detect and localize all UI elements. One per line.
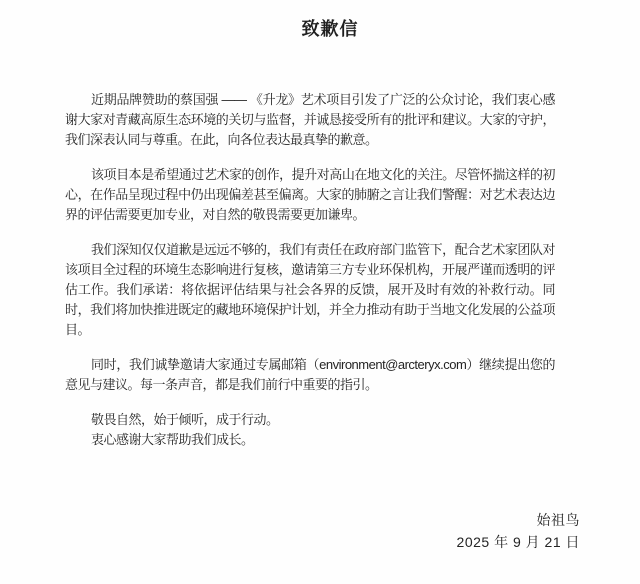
letter-body: 近期品牌赞助的蔡国强 —— 《升龙》艺术项目引发了广泛的公众讨论，我们衷心感谢大… (65, 90, 555, 450)
signature-name: 始祖鸟 (457, 509, 580, 531)
letter-title: 致歉信 (10, 16, 640, 42)
letter-paragraph-contact: 同时，我们诚挚邀请大家通过专属邮箱（environment@arcteryx.c… (65, 355, 555, 395)
letter-paragraph-opening: 近期品牌赞助的蔡国强 —— 《升龙》艺术项目引发了广泛的公众讨论，我们衷心感谢大… (65, 90, 555, 150)
letter-page: 致歉信 近期品牌赞助的蔡国强 —— 《升龙》艺术项目引发了广泛的公众讨论，我们衷… (0, 0, 640, 584)
letter-closing-line-1: 敬畏自然，始于倾听，成于行动。 (65, 410, 555, 430)
signature-date: 2025 年 9 月 21 日 (457, 531, 580, 553)
signature-block: 始祖鸟 2025 年 9 月 21 日 (457, 509, 580, 553)
letter-paragraph-remedy: 我们深知仅仅道歉是远远不够的，我们有责任在政府部门监管下，配合艺术家团队对该项目… (65, 240, 555, 340)
letter-closing-line-2: 衷心感谢大家帮助我们成长。 (65, 430, 555, 450)
letter-paragraph-reflection: 该项目本是希望通过艺术家的创作，提升对高山在地文化的关注。尽管怀揣这样的初心，在… (65, 165, 555, 225)
